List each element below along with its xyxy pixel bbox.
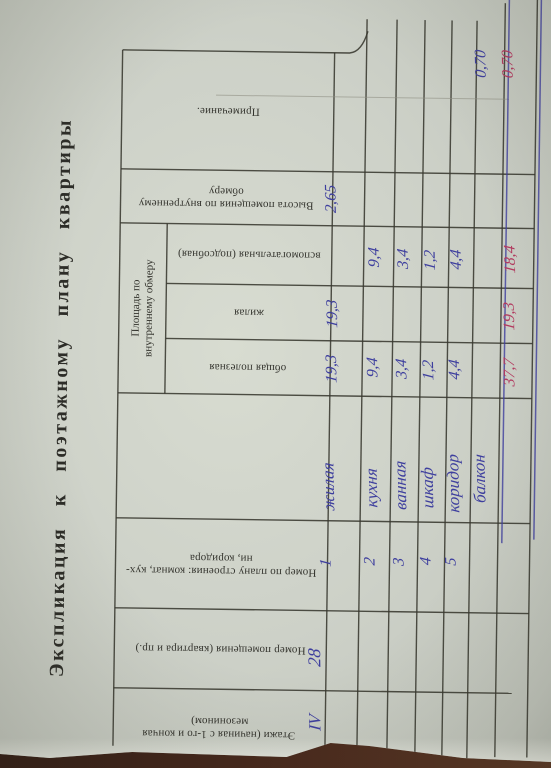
- header-note: Примечание.: [121, 50, 335, 172]
- header-area-total: общая полезная: [165, 338, 331, 395]
- cell-plan-no: 1: [317, 544, 336, 582]
- cell-room-name: балкон: [468, 382, 491, 504]
- cell-area-total: 1,2: [420, 343, 439, 397]
- cell-plan-no: 3: [390, 543, 409, 581]
- header-unit-number: Номер помещения (квартира и пр.): [114, 608, 327, 691]
- cell-area-total: 9,4: [364, 341, 383, 395]
- cell-plan-no: 2: [361, 543, 380, 581]
- header-room-name: [116, 393, 330, 521]
- cell-room-name: кухня: [360, 387, 383, 509]
- photo-viewport: Экспликация к поэтажному плану квартиры: [0, 0, 551, 768]
- cell-area-total: 19,3: [323, 342, 342, 396]
- header-area-living: жилая: [166, 283, 332, 340]
- cell-total-aux: 18,4: [501, 230, 520, 290]
- cell-room-name: коридор: [442, 392, 465, 514]
- cell-area-living: 19,3: [323, 287, 342, 341]
- cell-note-balcony: 0,70: [472, 32, 491, 96]
- cell-area-aux: 1,2: [421, 232, 440, 288]
- cell-area-aux: 3,4: [394, 231, 413, 287]
- document-content: Экспликация к поэтажному плану квартиры: [0, 0, 551, 768]
- cell-area-aux: 4,4: [447, 232, 466, 288]
- header-area-aux: вспомогательная (подсобная): [166, 223, 332, 285]
- document-photo: Экспликация к поэтажному плану квартиры: [0, 0, 551, 768]
- header-area-group: Площадь по внутреннему обмеру: [118, 223, 167, 394]
- cell-note-total: 0,70: [499, 34, 518, 94]
- cell-room-name: ванная: [389, 389, 412, 511]
- cell-plan-no: 5: [442, 543, 461, 581]
- cell-room-name: жилая: [317, 390, 340, 512]
- cell-area-aux: 9,4: [365, 230, 384, 286]
- cell-area-total: 3,4: [393, 342, 412, 396]
- cell-room-name: шкаф: [416, 387, 439, 509]
- cell-floor-value: IV: [305, 700, 326, 746]
- cell-height-value: 2,65: [322, 172, 341, 226]
- header-plan-number: Номер по плану строения: комнат, кух-ни,…: [115, 518, 328, 611]
- cell-area-total: 4,4: [446, 343, 465, 397]
- cell-plan-no: 4: [417, 542, 436, 580]
- cell-total-area: 37,7: [501, 343, 520, 403]
- cell-unit-number-value: 28: [304, 632, 326, 684]
- cell-total-living: 19,3: [500, 288, 519, 346]
- header-floors: Этажи (начиная с 1-го и кончая мезонином…: [113, 688, 326, 767]
- header-height: Высота помещения по внутреннему обмеру: [120, 169, 333, 226]
